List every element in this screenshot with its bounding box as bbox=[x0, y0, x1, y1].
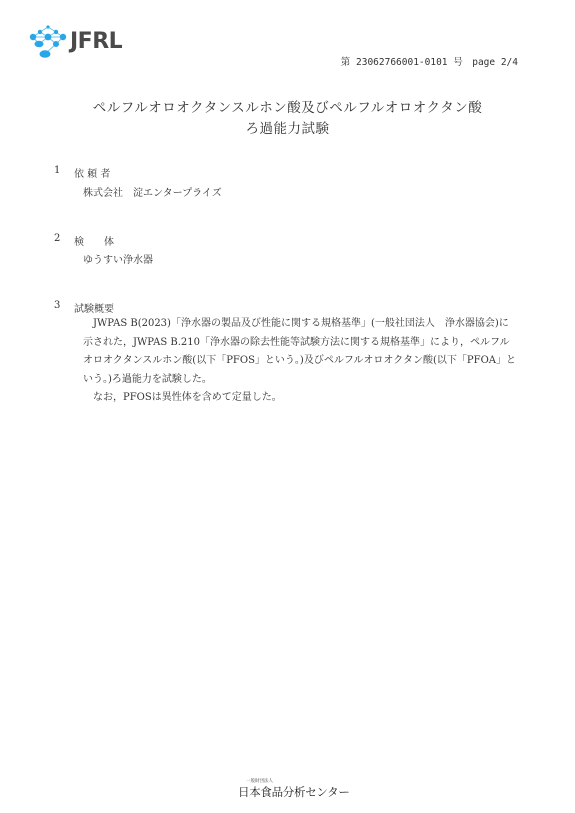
sample-name: ゆうすい浄水器 bbox=[83, 251, 153, 266]
section-number: 2 bbox=[54, 233, 60, 244]
section-heading: 依 頼 者 bbox=[74, 165, 110, 180]
page-title-line1: ペルフルオロオクタンスルホン酸及びペルフルオロオクタン酸 bbox=[0, 96, 575, 116]
document-number: 第 23062766001-0101 号 page 2/4 bbox=[341, 54, 518, 68]
footer-organization: 一般財団法人 日本食品分析センター bbox=[238, 778, 350, 800]
overview-paragraph: JWPAS B(2023)「浄水器の製品及び性能に関する規格基準」(一般社団法人… bbox=[83, 315, 523, 408]
section-heading: 検 体 bbox=[74, 233, 114, 248]
footer-org-name: 日本食品分析センター bbox=[238, 784, 350, 800]
overview-note: なお，PFOSは異性体を含めて定量した。 bbox=[83, 389, 523, 408]
section-number: 3 bbox=[54, 300, 60, 311]
requester-name: 株式会社 淀エンタープライズ bbox=[83, 184, 222, 199]
jfrl-logo: JFRL bbox=[26, 24, 136, 64]
overview-line: 示された，JWPAS B.210「浄水器の除去性能等試験方法に関する規格基準」に… bbox=[83, 334, 523, 353]
page-title-line2: ろ過能力試験 bbox=[0, 117, 575, 137]
overview-line: オロオクタンスルホン酸(以下「PFOS」という。)及びペルフルオロオクタン酸(以… bbox=[83, 352, 523, 371]
overview-line: JWPAS B(2023)「浄水器の製品及び性能に関する規格基準」(一般社団法人… bbox=[83, 315, 523, 334]
section-heading: 試験概要 bbox=[74, 300, 114, 315]
section-number: 1 bbox=[54, 165, 60, 176]
network-logo-icon bbox=[26, 24, 70, 64]
overview-line: いう。)ろ過能力を試験した。 bbox=[83, 371, 523, 390]
logo-text: JFRL bbox=[70, 29, 122, 54]
